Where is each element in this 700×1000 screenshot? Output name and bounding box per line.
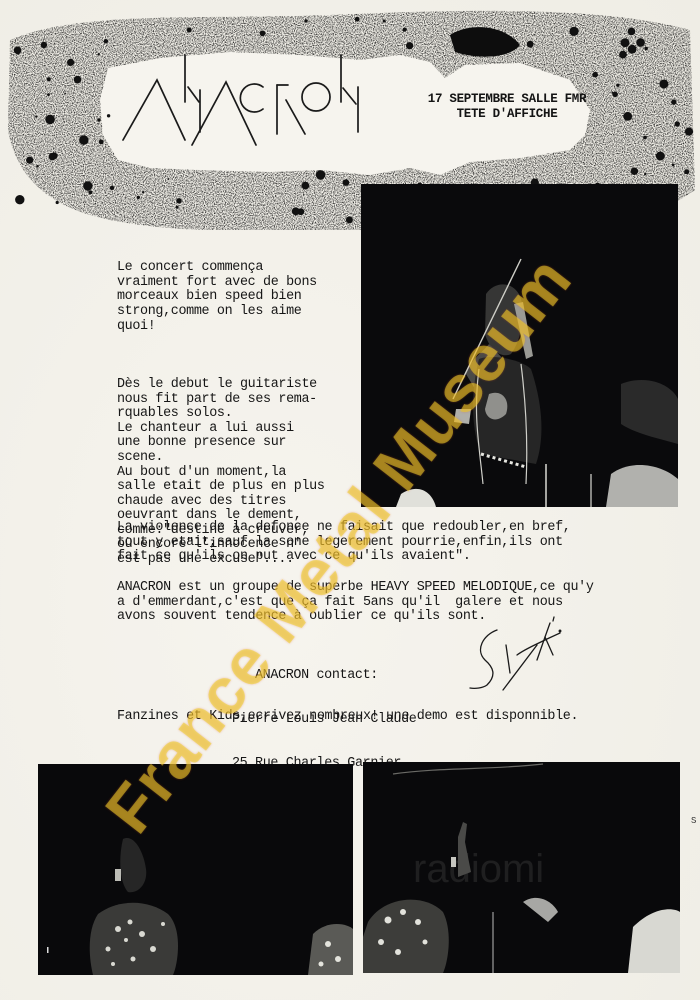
photo-crowd-right: radiomi: [363, 762, 680, 973]
handwritten-signature: [465, 615, 575, 695]
band-logo: [110, 52, 380, 152]
headliner-line: TETE D'AFFICHE: [392, 107, 622, 122]
event-date-line: 17 SEPTEMBRE SALLE FMR: [392, 92, 622, 107]
event-date-block: 17 SEPTEMBRE SALLE FMR TETE D'AFFICHE: [392, 92, 622, 122]
photo-crowd-left: [38, 764, 353, 975]
contact-heading: ANACRON contact:: [232, 669, 416, 684]
margin-page-mark: S: [691, 816, 696, 826]
paragraph-violence: La violence de la defonce ne faisait que…: [117, 521, 570, 565]
svg-text:radiomi: radiomi: [413, 847, 544, 891]
paragraph-opening: Le concert commença vraiment fort avec d…: [117, 261, 325, 334]
photo-singer-on-stage: [361, 184, 678, 507]
call-to-action-line: Fanzines et Kids,ecrivez nombreux! une d…: [117, 710, 578, 725]
